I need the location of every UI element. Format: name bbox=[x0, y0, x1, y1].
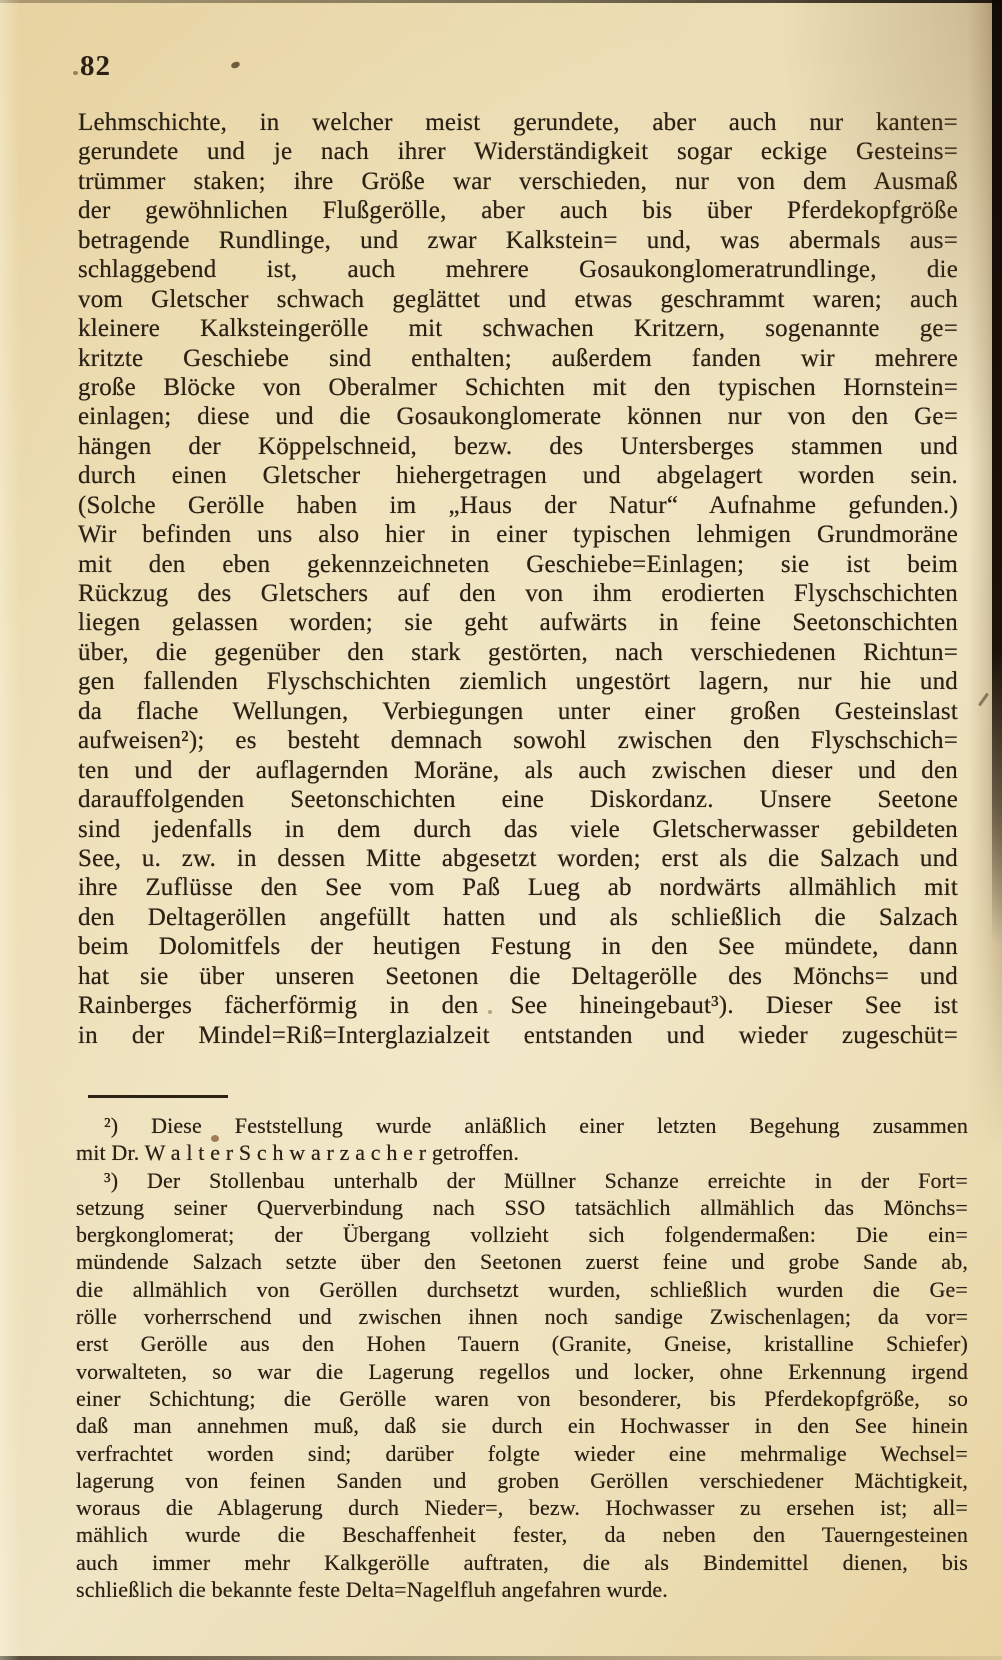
text-line: ten und der auflagernden Moräne, als auc… bbox=[78, 756, 958, 785]
text-line: ³) Der Stollenbau unterhalb der Müllner … bbox=[76, 1167, 968, 1194]
text-line: liegen gelassen worden; sie geht aufwärt… bbox=[78, 608, 958, 637]
text-line: den Deltageröllen angefüllt hatten und a… bbox=[78, 903, 958, 932]
text-line: See, u. zw. in dessen Mitte abgesetzt wo… bbox=[78, 844, 958, 873]
text-line: (Solche Gerölle haben im „Haus der Natur… bbox=[78, 491, 958, 520]
page-number: 82 bbox=[80, 50, 111, 83]
text-line: verfrachtet worden sind; darüber folgte … bbox=[76, 1440, 968, 1467]
text-line: ²) Diese Feststellung wurde anläßlich ei… bbox=[76, 1112, 968, 1139]
text-line: da flache Wellungen, Verbiegungen unter … bbox=[78, 697, 958, 726]
text-line: die allmählich von Geröllen durchsetzt w… bbox=[76, 1276, 968, 1303]
page-edge-shadow-right bbox=[992, 0, 1002, 1180]
text-line: mählich wurde die Beschaffenheit fester,… bbox=[76, 1521, 968, 1548]
text-line: aufweisen²); es besteht demnach sowohl z… bbox=[78, 726, 958, 755]
scanned-book-page: 82 Lehmschichte, in welcher meist gerund… bbox=[0, 0, 1002, 1660]
text-line: lagerung von feinen Sanden und groben Ge… bbox=[76, 1467, 968, 1494]
page-edge-bottom bbox=[0, 1656, 1002, 1660]
text-line: daß man annehmen muß, daß sie durch ein … bbox=[76, 1412, 968, 1439]
text-line: schließlich die bekannte feste Delta=Nag… bbox=[76, 1576, 968, 1603]
ink-speck bbox=[488, 1010, 492, 1014]
ink-speck bbox=[211, 1135, 219, 1142]
page-edge-left-highlight bbox=[0, 0, 20, 1660]
footnote-2: ²) Diese Feststellung wurde anläßlich ei… bbox=[76, 1112, 968, 1167]
text-line: mündende Salzach setzte über den Seetone… bbox=[76, 1248, 968, 1275]
text-line: beim Dolomitfels der heutigen Festung in… bbox=[78, 932, 958, 961]
text-line: auch immer mehr Kalkgerölle auftraten, d… bbox=[76, 1549, 968, 1576]
page-edge-top bbox=[0, 0, 1002, 3]
text-line: in der Mindel=Riß=Interglazialzeit entst… bbox=[78, 1021, 958, 1050]
text-line: mit den eben gekennzeichneten Geschiebe=… bbox=[78, 550, 958, 579]
text-line: woraus die Ablagerung durch Nieder=, bez… bbox=[76, 1494, 968, 1521]
footnote-3: ³) Der Stollenbau unterhalb der Müllner … bbox=[76, 1167, 968, 1604]
ink-speck bbox=[73, 71, 78, 75]
text-line: ihre Zuflüsse den See vom Paß Lueg ab no… bbox=[78, 873, 958, 902]
text-line: rölle vorherrschend und zwischen ihnen n… bbox=[76, 1303, 968, 1330]
text-line: darauffolgenden Seetonschichten eine Dis… bbox=[78, 785, 958, 814]
text-line: hat sie über unseren Seetonen die Deltag… bbox=[78, 962, 958, 991]
text-line: Rainberges fächerförmig in den See hinei… bbox=[78, 991, 958, 1020]
text-line: erst Gerölle aus den Hohen Tauern (Grani… bbox=[76, 1330, 968, 1357]
ink-speck bbox=[230, 61, 241, 70]
text-line: bergkonglomerat; der Übergang vollzieht … bbox=[76, 1221, 968, 1248]
text-line: sind jedenfalls in dem durch das viele G… bbox=[78, 815, 958, 844]
text-line: durch einen Gletscher hiehergetragen und… bbox=[78, 461, 958, 490]
text-line: setzung seiner Querverbindung nach SSO t… bbox=[76, 1194, 968, 1221]
footnote-separator-rule bbox=[88, 1095, 228, 1098]
footnotes-section: ²) Diese Feststellung wurde anläßlich ei… bbox=[76, 1112, 968, 1603]
text-line: gen fallenden Flyschschichten ziemlich u… bbox=[78, 667, 958, 696]
text-line: einer Schichtung; die Gerölle waren von … bbox=[76, 1385, 968, 1412]
text-line: Rückzug des Gletschers auf den von ihm e… bbox=[78, 579, 958, 608]
text-line: Wir befinden uns also hier in einer typi… bbox=[78, 520, 958, 549]
text-line: mit Dr. W a l t e r S c h w a r z a c h … bbox=[76, 1139, 968, 1166]
text-line: über, die gegenüber den stark gestörten,… bbox=[78, 638, 958, 667]
text-line: vorwalteten, so war die Lagerung regello… bbox=[76, 1358, 968, 1385]
